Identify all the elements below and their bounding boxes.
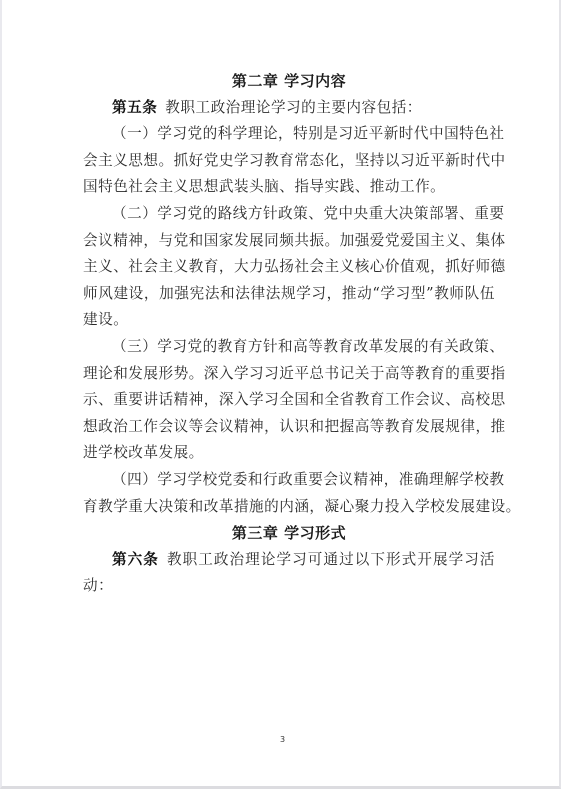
- paragraph-line: 动：: [83, 573, 495, 600]
- paragraph-line: 示、重要讲话精神，深入学习全国和全省教育工作会议、高校思: [83, 387, 495, 414]
- paragraph-line: 进学校改革发展。: [83, 440, 495, 467]
- article-intro-text: 教职工政治理论学习的主要内容包括：: [165, 99, 422, 116]
- paragraph-line: （三）学习党的教育方针和高等教育改革发展的有关政策、: [83, 334, 495, 361]
- paragraph-line: 理论和发展形势。深入学习习近平总书记关于高等教育的重要指: [83, 361, 495, 388]
- article-intro-text: 教职工政治理论学习可通过以下形式开展学习活: [167, 551, 495, 568]
- chapter-heading: 第二章 学习内容: [83, 68, 495, 95]
- page-number: 3: [2, 735, 563, 744]
- paragraph-line: 主义、社会主义教育，大力弘扬社会主义核心价值观，抓好师德: [83, 254, 495, 281]
- paragraph-line: 国特色社会主义思想武装头脑、指导实践、推动工作。: [83, 174, 495, 201]
- paragraph-line: 会议精神，与党和国家发展同频共振。加强爱党爱国主义、集体: [83, 228, 495, 255]
- paragraph-line: 想政治工作会议等会议精神，认识和把握高等教育发展规律，推: [83, 414, 495, 441]
- article-label: 第六条: [112, 551, 159, 568]
- page-content: 第二章 学习内容 第五条教职工政治理论学习的主要内容包括： （一）学习党的科学理…: [83, 68, 495, 600]
- document-page: 第二章 学习内容 第五条教职工政治理论学习的主要内容包括： （一）学习党的科学理…: [0, 0, 561, 789]
- chapter-heading: 第三章 学习形式: [83, 520, 495, 547]
- article-intro-line: 第六条教职工政治理论学习可通过以下形式开展学习活: [83, 547, 495, 574]
- article-label: 第五条: [112, 99, 157, 116]
- paragraph-line: （一）学习党的科学理论，特别是习近平新时代中国特色社: [83, 121, 495, 148]
- paragraph-line: 师风建设，加强宪法和法律法规学习，推动“学习型”教师队伍: [83, 281, 495, 308]
- paragraph-line: 育教学重大决策和改革措施的内涵，凝心聚力投入学校发展建设。: [83, 494, 495, 521]
- paragraph-line: 建设。: [83, 307, 495, 334]
- paragraph-line: （二）学习党的路线方针政策、党中央重大决策部署、重要: [83, 201, 495, 228]
- paragraph-line: 会主义思想。抓好党史学习教育常态化，坚持以习近平新时代中: [83, 148, 495, 175]
- paragraph-line: （四）学习学校党委和行政重要会议精神，准确理解学校教: [83, 467, 495, 494]
- article-intro-line: 第五条教职工政治理论学习的主要内容包括：: [83, 95, 495, 122]
